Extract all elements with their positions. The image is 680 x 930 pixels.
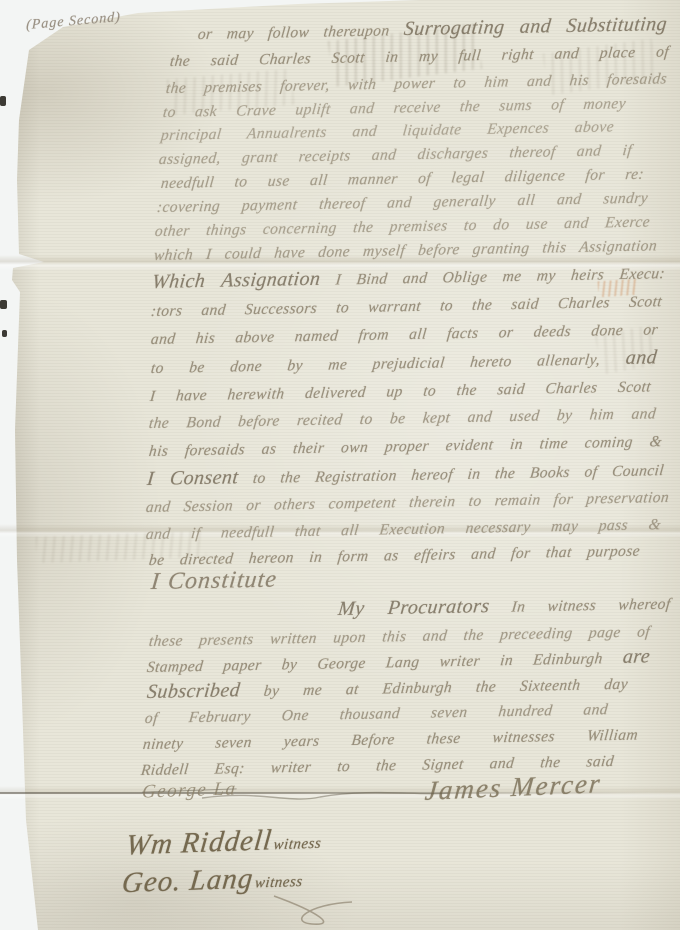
edge-tear-speck [0,96,6,106]
emphasized-phrase: Surrogating and Substituting [403,13,668,40]
edge-tear-speck [2,330,7,337]
handwritten-text: I Bind and Oblige me my heirs Execu: [319,265,665,289]
emphasized-phrase: and [625,346,659,369]
handwritten-text: In witness whereof [488,596,671,616]
scanned-manuscript-page: { "page_annotation": { "label": "(Page S… [0,0,680,930]
scored-out-name: George La [141,778,237,803]
witness-role: witness [254,874,303,892]
witness-role: witness [273,836,322,854]
handwritten-text: I Constitute [150,567,279,595]
emphasized-phrase: I Consent [146,466,240,490]
handwritten-text: or may follow thereupon [197,22,405,43]
edge-tear-speck [0,300,7,309]
witness-name: Wm Riddell [124,824,273,861]
signature-witness-riddell: Wm Riddellwitness [124,823,323,863]
emphasized-phrase: Which Assignation [151,268,322,293]
manuscript-line: I Constitute [150,569,278,594]
witness-name: Geo. Lang [120,863,255,900]
emphasized-phrase: Subscribed [146,679,241,703]
signature-witness-lang: Geo. Langwitness [120,861,305,900]
handwritten-text: by me at Edinburgh the Sixteenth day [239,676,629,700]
emphasized-phrase: are [622,645,651,668]
emphasized-phrase: My Procurators [337,595,491,620]
